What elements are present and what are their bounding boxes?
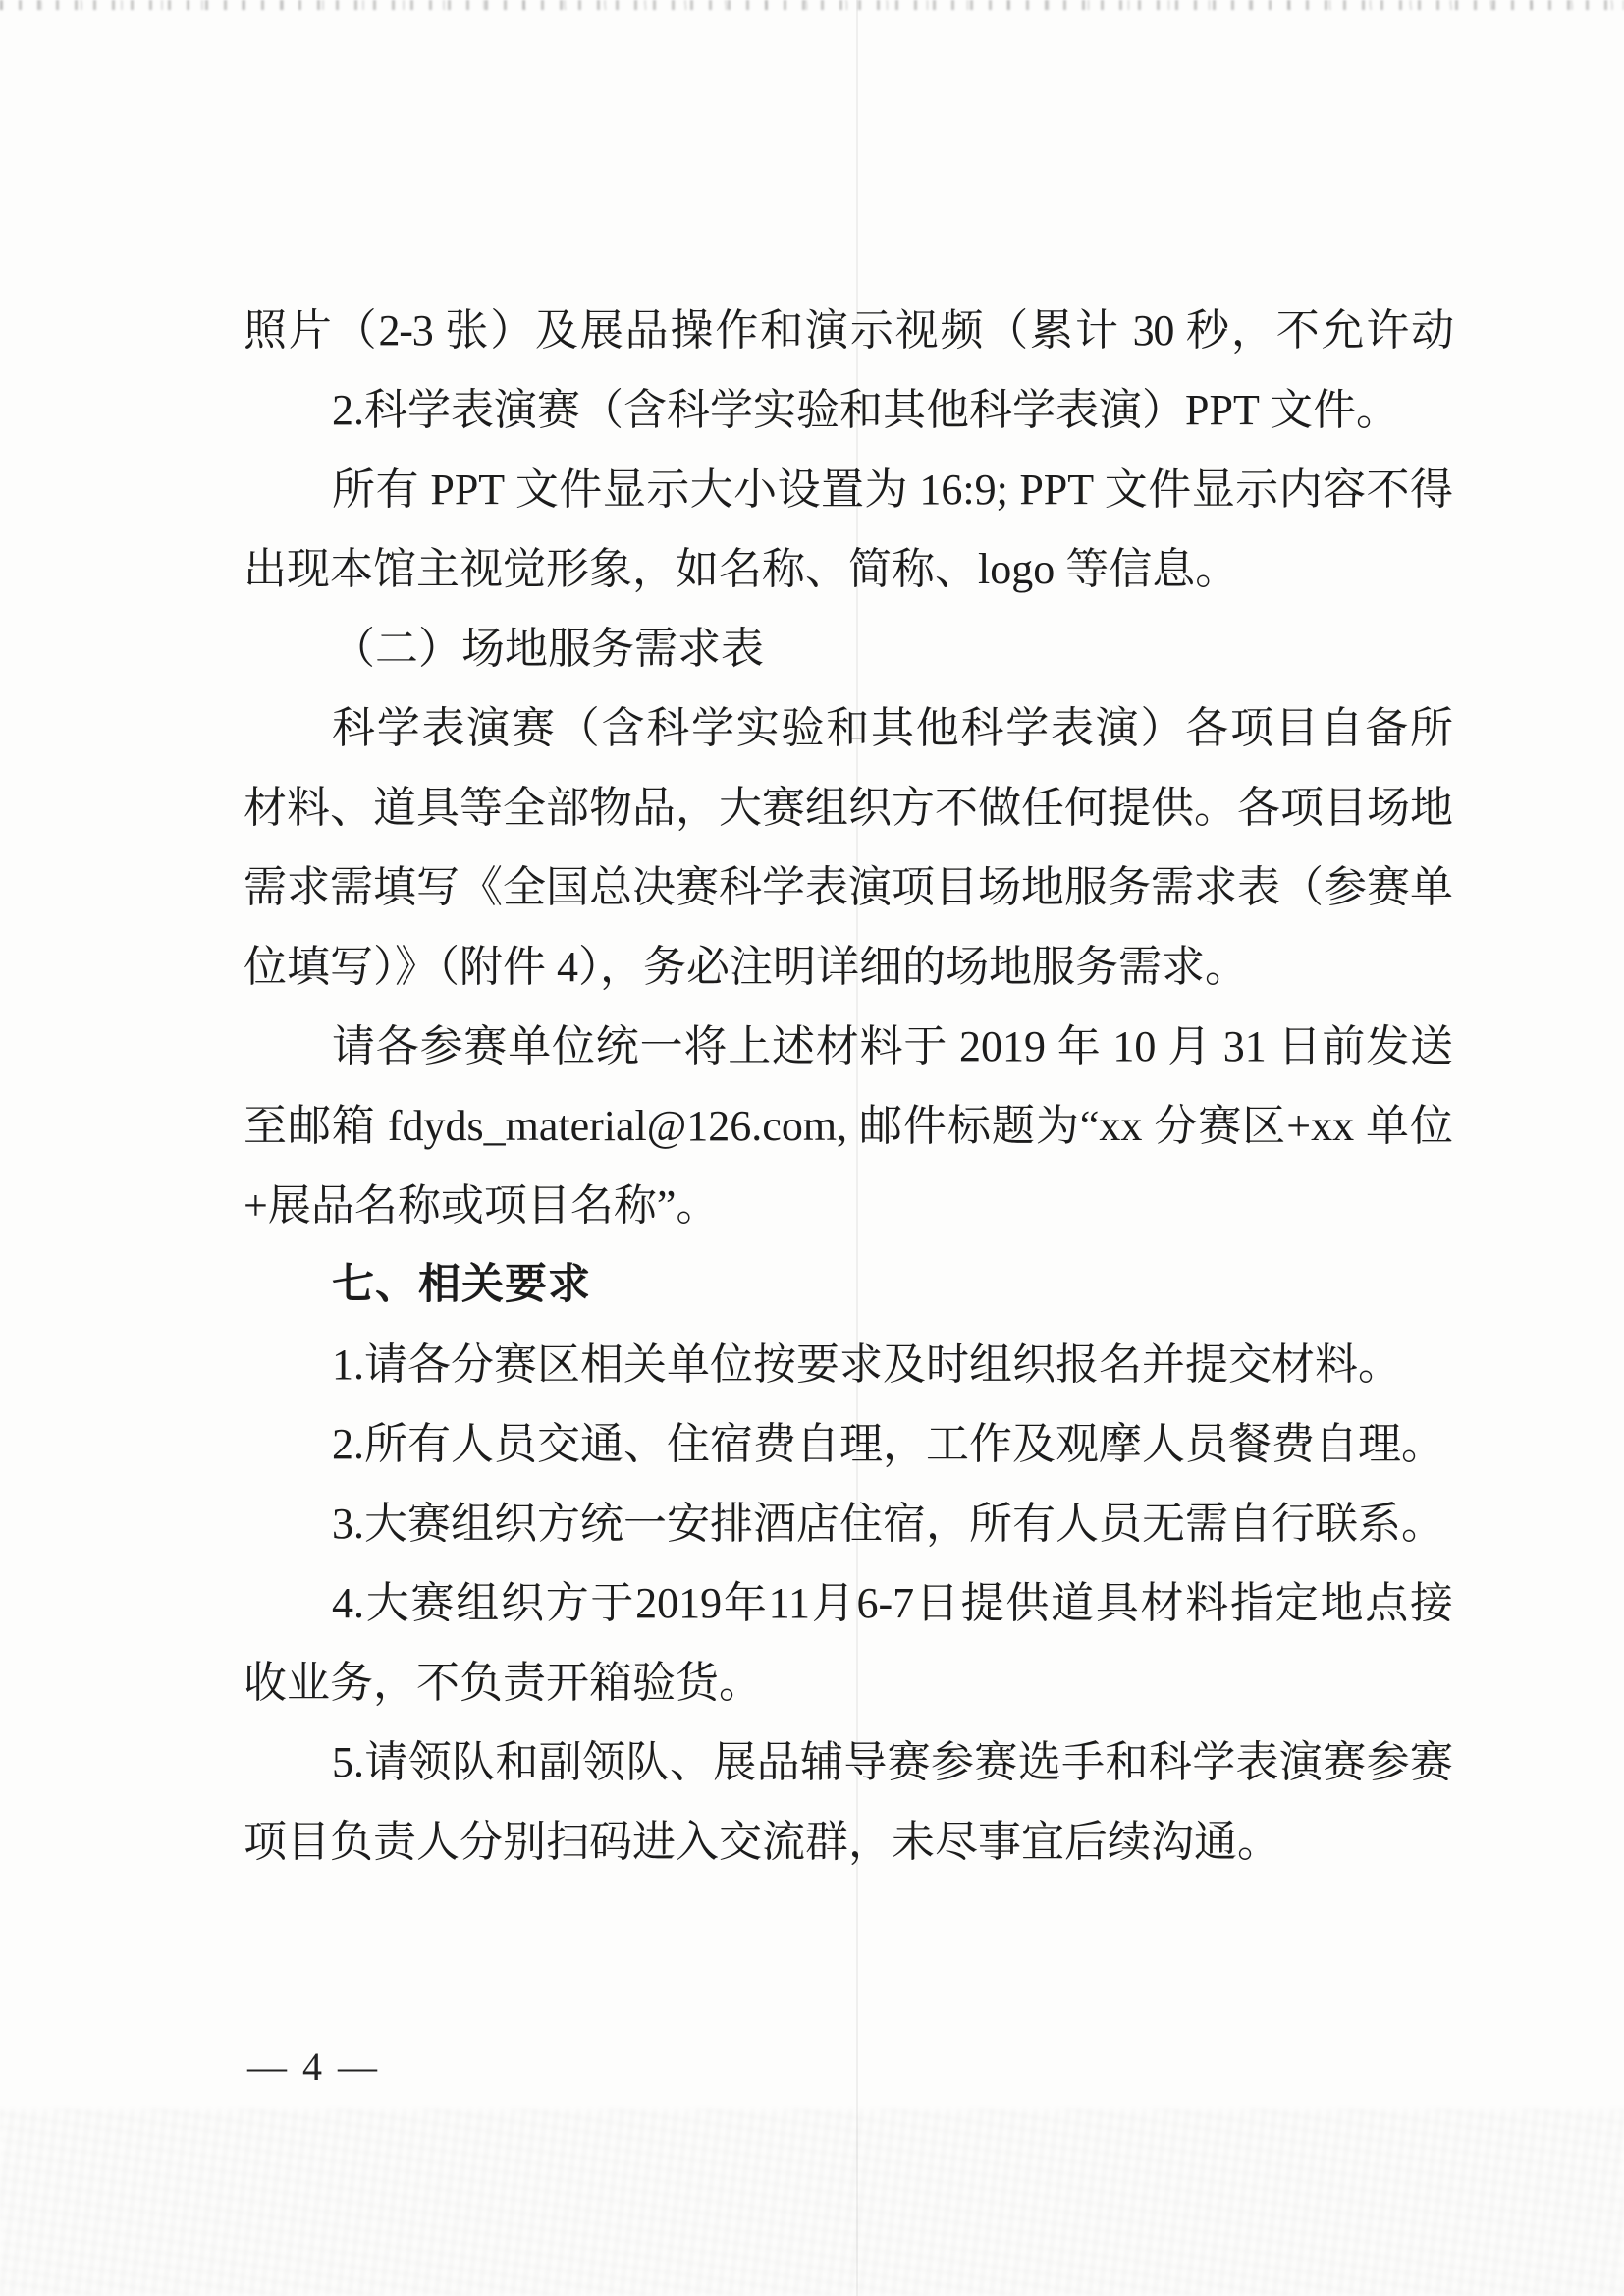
- body-line-ppt-display-size: 所有 PPT 文件显示大小设置为 16:9; PPT 文件显示内容不得: [244, 450, 1453, 529]
- body-line-self-prepare: 科学表演赛（含科学实验和其他科学表演）各项目自备所需: [244, 688, 1453, 768]
- section-heading-related-requirements: 七、相关要求: [244, 1245, 1453, 1325]
- body-line-deadline: 请各参赛单位统一将上述材料于 2019 年 10 月 31 日前发送: [244, 1007, 1453, 1086]
- body-line-attachment-4: 位填写）》（附件 4），务必注明详细的场地服务需求。: [244, 927, 1453, 1007]
- document-page: 照片（2-3 张）及展品操作和演示视频（累计 30 秒，不允许动画）。 2.科学…: [0, 0, 1624, 2296]
- subsection-heading-venue-service-form: （二）场地服务需求表: [244, 609, 1453, 688]
- requirement-item-2: 2.所有人员交通、住宿费自理，工作及观摩人员餐费自理。: [244, 1404, 1453, 1484]
- body-line-fill-form: 需求需填写《全国总决赛科学表演项目场地服务需求表（参赛单: [244, 847, 1453, 927]
- scan-noise-bottom: [0, 2109, 1624, 2296]
- body-line-email-address: 至邮箱 fdyds_material@126.com, 邮件标题为“xx 分赛区…: [244, 1086, 1453, 1166]
- requirement-item-5: 5.请领队和副领队、展品辅导赛参赛选手和科学表演赛参赛: [244, 1722, 1453, 1802]
- requirement-item-3: 3.大赛组织方统一安排酒店住宿，所有人员无需自行联系。: [244, 1484, 1453, 1563]
- body-line-science-show-ppt: 2.科学表演赛（含科学实验和其他科学表演）PPT 文件。: [244, 370, 1453, 450]
- requirement-item-5-cont: 项目负责人分别扫码进入交流群，未尽事宜后续沟通。: [244, 1802, 1453, 1882]
- body-line-materials-props: 材料、道具等全部物品，大赛组织方不做任何提供。各项目场地: [244, 768, 1453, 847]
- text-block: 照片（2-3 张）及展品操作和演示视频（累计 30 秒，不允许动画）。 2.科学…: [244, 291, 1453, 1882]
- body-line-no-logo-info: 出现本馆主视觉形象，如名称、简称、logo 等信息。: [244, 529, 1453, 609]
- body-line-photos-video: 照片（2-3 张）及展品操作和演示视频（累计 30 秒，不允许动画）。: [244, 291, 1453, 370]
- scan-noise-top: [0, 0, 1624, 10]
- requirement-item-1: 1.请各分赛区相关单位按要求及时组织报名并提交材料。: [244, 1325, 1453, 1404]
- page-number: — 4 —: [247, 2042, 380, 2093]
- requirement-item-4: 4.大赛组织方于2019年11月6-7日提供道具材料指定地点接: [244, 1563, 1453, 1643]
- requirement-item-4-cont: 收业务，不负责开箱验货。: [244, 1643, 1453, 1722]
- body-line-email-subject-cont: +展品名称或项目名称”。: [244, 1166, 1453, 1245]
